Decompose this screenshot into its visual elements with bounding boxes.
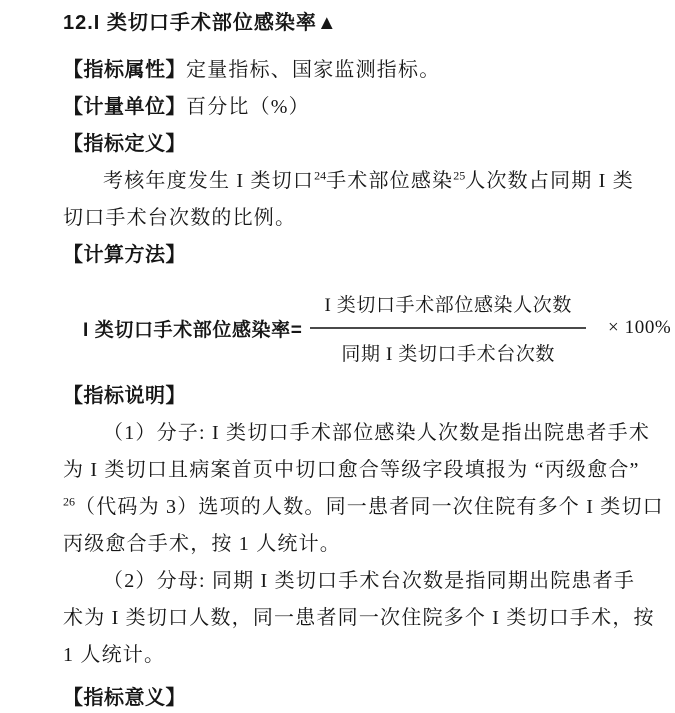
notes-p1-line-2: 为 I 类切口且病案首页中切口愈合等级字段填报为 “丙级愈合” [63, 452, 625, 489]
attribute-label: 【指标属性】 [63, 59, 186, 81]
attribute-line: 【指标属性】定量指标、国家监测指标。 [63, 52, 625, 89]
notes-p1-line-3-text: （代码为 3）选项的人数。同一患者同一次住院有多个 I 类切口 [75, 496, 664, 518]
calculation-label: 【计算方法】 [63, 244, 186, 266]
calculation-formula: I 类切口手术部位感染率= I 类切口手术部位感染人次数 同期 I 类切口手术台… [83, 290, 625, 366]
unit-label: 【计量单位】 [63, 96, 186, 118]
notes-p2-line-1: （2）分母: 同期 I 类切口手术台次数是指同期出院患者手 [63, 563, 625, 600]
notes-p1-line-4: 丙级愈合手术，按 1 人统计。 [63, 526, 625, 563]
meaning-heading: 【指标意义】 [63, 680, 625, 713]
formula-fraction: I 类切口手术部位感染人次数 同期 I 类切口手术台次数 [310, 290, 585, 366]
notes-p2-line-2: 术为 I 类切口人数，同一患者同一次住院多个 I 类切口手术，按 [63, 600, 625, 637]
notes-heading: 【指标说明】 [63, 378, 625, 415]
meaning-label: 【指标意义】 [63, 687, 186, 709]
definition-heading: 【指标定义】 [63, 126, 625, 163]
definition-line-1: 考核年度发生 I 类切口24手术部位感染25人次数占同期 I 类 [63, 163, 625, 200]
notes-p2-line-3: 1 人统计。 [63, 637, 625, 674]
formula-denominator: 同期 I 类切口手术台次数 [327, 329, 569, 366]
definition-text-c: 人次数占同期 I 类 [465, 170, 634, 192]
unit-value: 百分比（%） [186, 96, 310, 118]
definition-text-a: 考核年度发生 I 类切口 [103, 170, 314, 192]
formula-multiplier: × 100% [608, 317, 671, 339]
attribute-value: 定量指标、国家监测指标。 [186, 59, 440, 81]
notes-p1-line-3: 26（代码为 3）选项的人数。同一患者同一次住院有多个 I 类切口 [63, 489, 625, 526]
formula-lhs: I 类切口手术部位感染率= [83, 315, 302, 342]
formula-numerator: I 类切口手术部位感染人次数 [310, 290, 585, 327]
document-page: 12.I 类切口手术部位感染率▲ 【指标属性】定量指标、国家监测指标。 【计量单… [0, 0, 675, 713]
calculation-heading: 【计算方法】 [63, 237, 625, 274]
definition-label: 【指标定义】 [63, 133, 186, 155]
notes-p1-line-1: （1）分子: I 类切口手术部位感染人次数是指出院患者手术 [63, 415, 625, 452]
definition-line-2: 切口手术台次数的比例。 [63, 200, 625, 237]
footnote-ref-24: 24 [314, 168, 326, 182]
footnote-ref-26: 26 [63, 494, 75, 508]
footnote-ref-25: 25 [453, 168, 465, 182]
page-title: 12.I 类切口手术部位感染率▲ [63, 8, 625, 38]
unit-line: 【计量单位】百分比（%） [63, 89, 625, 126]
definition-text-b: 手术部位感染 [326, 170, 453, 192]
notes-label: 【指标说明】 [63, 385, 186, 407]
